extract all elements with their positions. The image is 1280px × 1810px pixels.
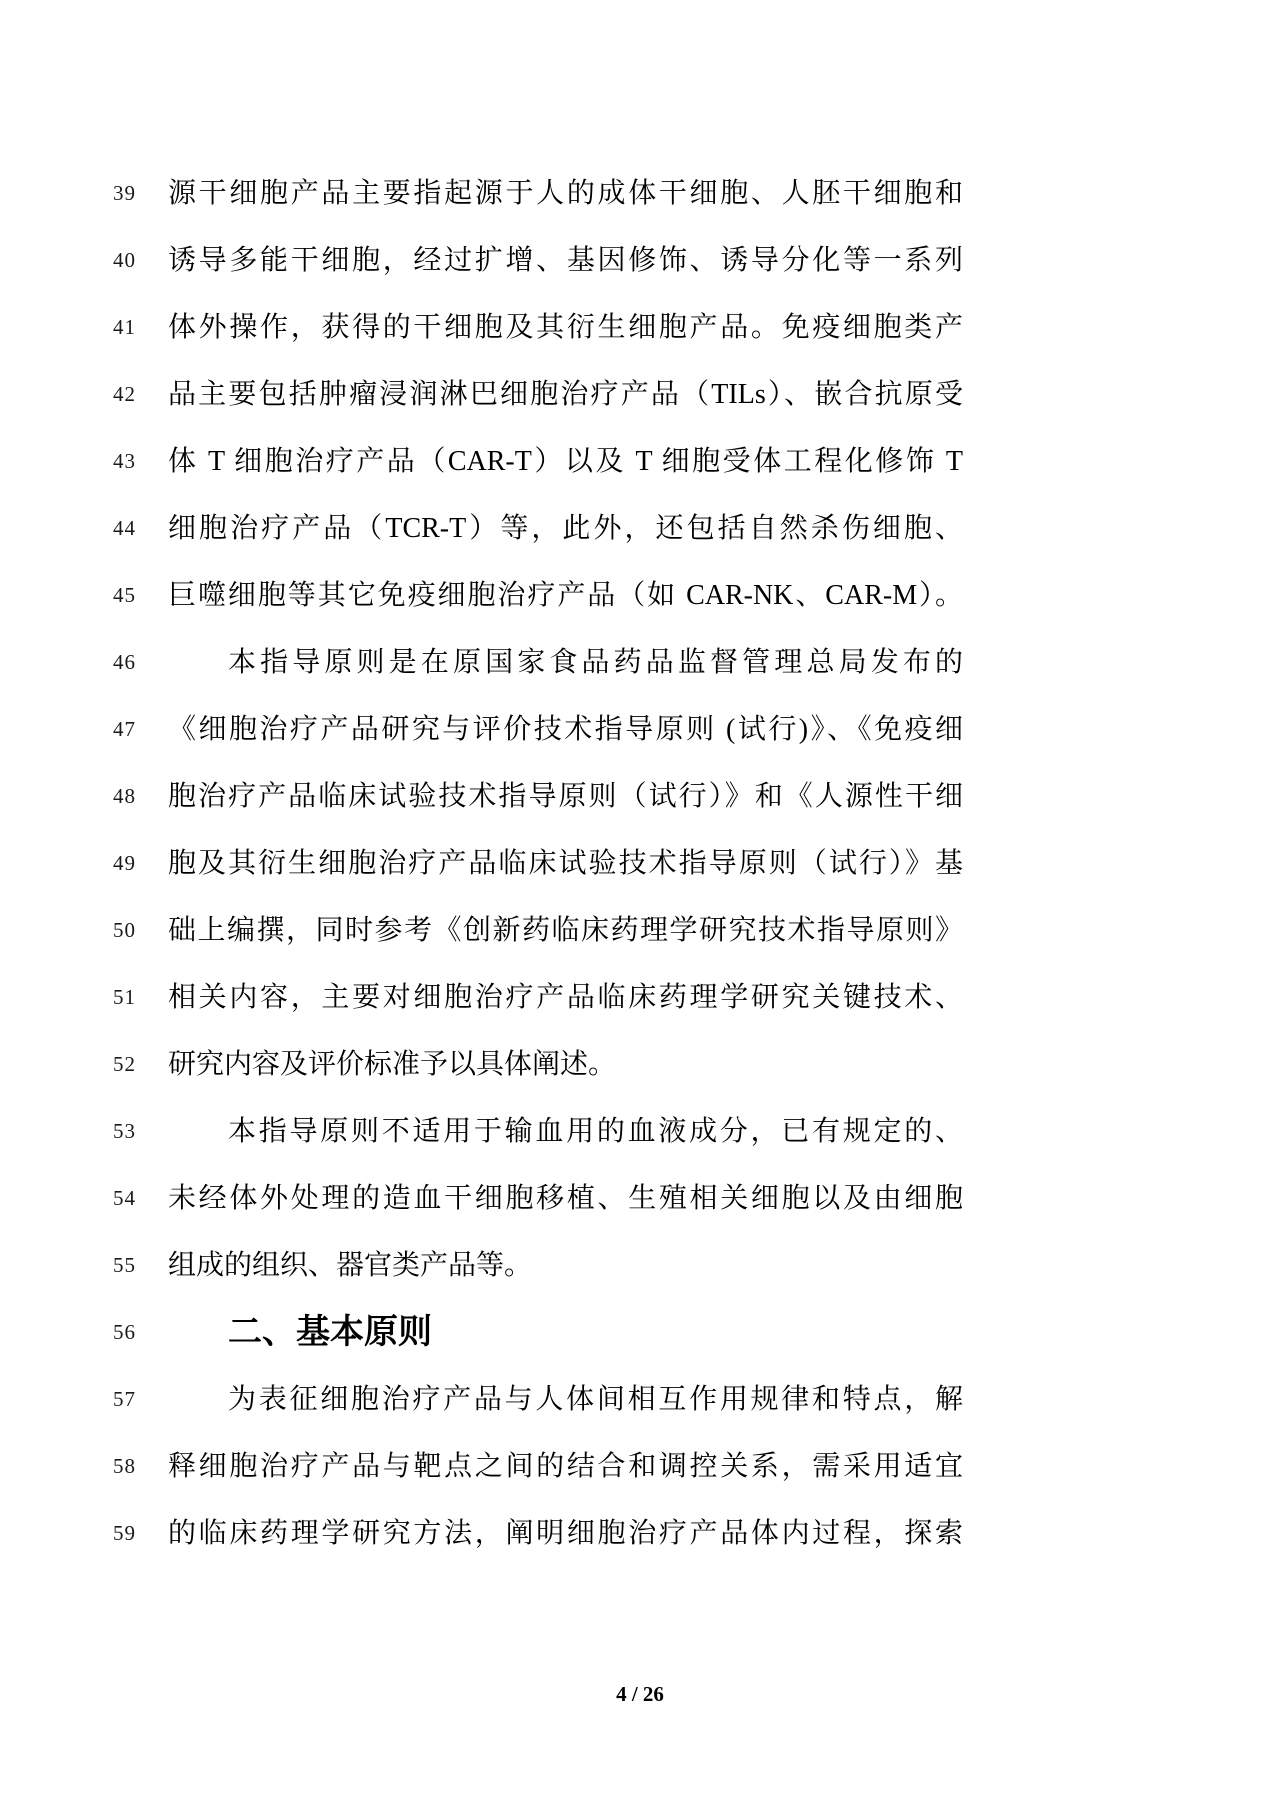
document-page: 39源干细胞产品主要指起源于人的成体干细胞、人胚干细胞和40诱导多能干细胞，经过… (0, 0, 1280, 1810)
line-text: 础上编撰，同时参考《创新药临床药理学研究技术指导原则》 (168, 914, 963, 948)
line-number: 48 (113, 784, 168, 809)
line-text: 《细胞治疗产品研究与评价技术指导原则 (试行)》、《免疫细 (168, 713, 963, 747)
line-number: 52 (113, 1052, 168, 1077)
page-number: 4 / 26 (0, 1682, 1280, 1707)
line-text: 体外操作，获得的干细胞及其衍生细胞产品。免疫细胞类产 (168, 311, 963, 345)
document-line: 58释细胞治疗产品与靶点之间的结合和调控关系，需采用适宜 (113, 1433, 963, 1500)
line-number: 46 (113, 650, 168, 675)
line-text: 巨噬细胞等其它免疫细胞治疗产品（如 CAR-NK、CAR-M）。 (168, 579, 963, 613)
line-text: 为表征细胞治疗产品与人体间相互作用规律和特点，解 (168, 1383, 963, 1417)
line-text: 本指导原则不适用于输血用的血液成分，已有规定的、 (168, 1115, 963, 1149)
document-body: 39源干细胞产品主要指起源于人的成体干细胞、人胚干细胞和40诱导多能干细胞，经过… (113, 160, 963, 1567)
document-line: 47《细胞治疗产品研究与评价技术指导原则 (试行)》、《免疫细 (113, 696, 963, 763)
line-number: 49 (113, 851, 168, 876)
line-number: 50 (113, 918, 168, 943)
line-number: 53 (113, 1119, 168, 1144)
document-line: 43体 T 细胞治疗产品（CAR-T）以及 T 细胞受体工程化修饰 T (113, 428, 963, 495)
document-line: 57为表征细胞治疗产品与人体间相互作用规律和特点，解 (113, 1366, 963, 1433)
line-number: 44 (113, 516, 168, 541)
line-text: 本指导原则是在原国家食品药品监督管理总局发布的 (168, 646, 963, 680)
line-number: 58 (113, 1454, 168, 1479)
line-text: 源干细胞产品主要指起源于人的成体干细胞、人胚干细胞和 (168, 177, 963, 211)
line-number: 54 (113, 1186, 168, 1211)
document-line: 46本指导原则是在原国家食品药品监督管理总局发布的 (113, 629, 963, 696)
line-text: 释细胞治疗产品与靶点之间的结合和调控关系，需采用适宜 (168, 1450, 963, 1484)
line-text: 细胞治疗产品（TCR-T）等，此外，还包括自然杀伤细胞、 (168, 512, 963, 546)
line-number: 40 (113, 248, 168, 273)
line-text: 研究内容及评价标准予以具体阐述。 (168, 1048, 963, 1082)
document-line: 56二、基本原则 (113, 1299, 963, 1366)
document-line: 49胞及其衍生细胞治疗产品临床试验技术指导原则（试行）》基 (113, 830, 963, 897)
line-number: 59 (113, 1521, 168, 1546)
document-line: 54未经体外处理的造血干细胞移植、生殖相关细胞以及由细胞 (113, 1165, 963, 1232)
line-text: 胞及其衍生细胞治疗产品临床试验技术指导原则（试行）》基 (168, 847, 963, 881)
line-text: 未经体外处理的造血干细胞移植、生殖相关细胞以及由细胞 (168, 1182, 963, 1216)
document-line: 44细胞治疗产品（TCR-T）等，此外，还包括自然杀伤细胞、 (113, 495, 963, 562)
line-number: 45 (113, 583, 168, 608)
document-line: 48胞治疗产品临床试验技术指导原则（试行）》和《人源性干细 (113, 763, 963, 830)
line-number: 56 (113, 1320, 168, 1345)
line-number: 42 (113, 382, 168, 407)
document-line: 51相关内容，主要对细胞治疗产品临床药理学研究关键技术、 (113, 964, 963, 1031)
line-text: 组成的组织、器官类产品等。 (168, 1249, 963, 1283)
document-line: 53本指导原则不适用于输血用的血液成分，已有规定的、 (113, 1098, 963, 1165)
line-text: 的临床药理学研究方法，阐明细胞治疗产品体内过程，探索 (168, 1517, 963, 1551)
line-text: 体 T 细胞治疗产品（CAR-T）以及 T 细胞受体工程化修饰 T (168, 445, 963, 479)
document-line: 50础上编撰，同时参考《创新药临床药理学研究技术指导原则》 (113, 897, 963, 964)
line-text: 胞治疗产品临床试验技术指导原则（试行）》和《人源性干细 (168, 780, 963, 814)
document-line: 41体外操作，获得的干细胞及其衍生细胞产品。免疫细胞类产 (113, 294, 963, 361)
line-number: 43 (113, 449, 168, 474)
line-number: 39 (113, 181, 168, 206)
line-text: 品主要包括肿瘤浸润淋巴细胞治疗产品（TILs）、嵌合抗原受 (168, 378, 963, 412)
document-line: 55组成的组织、器官类产品等。 (113, 1232, 963, 1299)
line-number: 41 (113, 315, 168, 340)
document-line: 42品主要包括肿瘤浸润淋巴细胞治疗产品（TILs）、嵌合抗原受 (113, 361, 963, 428)
line-text: 诱导多能干细胞，经过扩增、基因修饰、诱导分化等一系列 (168, 244, 963, 278)
document-line: 45巨噬细胞等其它免疫细胞治疗产品（如 CAR-NK、CAR-M）。 (113, 562, 963, 629)
document-line: 59的临床药理学研究方法，阐明细胞治疗产品体内过程，探索 (113, 1500, 963, 1567)
line-number: 51 (113, 985, 168, 1010)
document-line: 39源干细胞产品主要指起源于人的成体干细胞、人胚干细胞和 (113, 160, 963, 227)
line-text: 相关内容，主要对细胞治疗产品临床药理学研究关键技术、 (168, 981, 963, 1015)
line-number: 47 (113, 717, 168, 742)
line-number: 57 (113, 1387, 168, 1412)
document-line: 40诱导多能干细胞，经过扩增、基因修饰、诱导分化等一系列 (113, 227, 963, 294)
line-number: 55 (113, 1253, 168, 1278)
section-heading: 二、基本原则 (168, 1312, 963, 1353)
document-line: 52研究内容及评价标准予以具体阐述。 (113, 1031, 963, 1098)
